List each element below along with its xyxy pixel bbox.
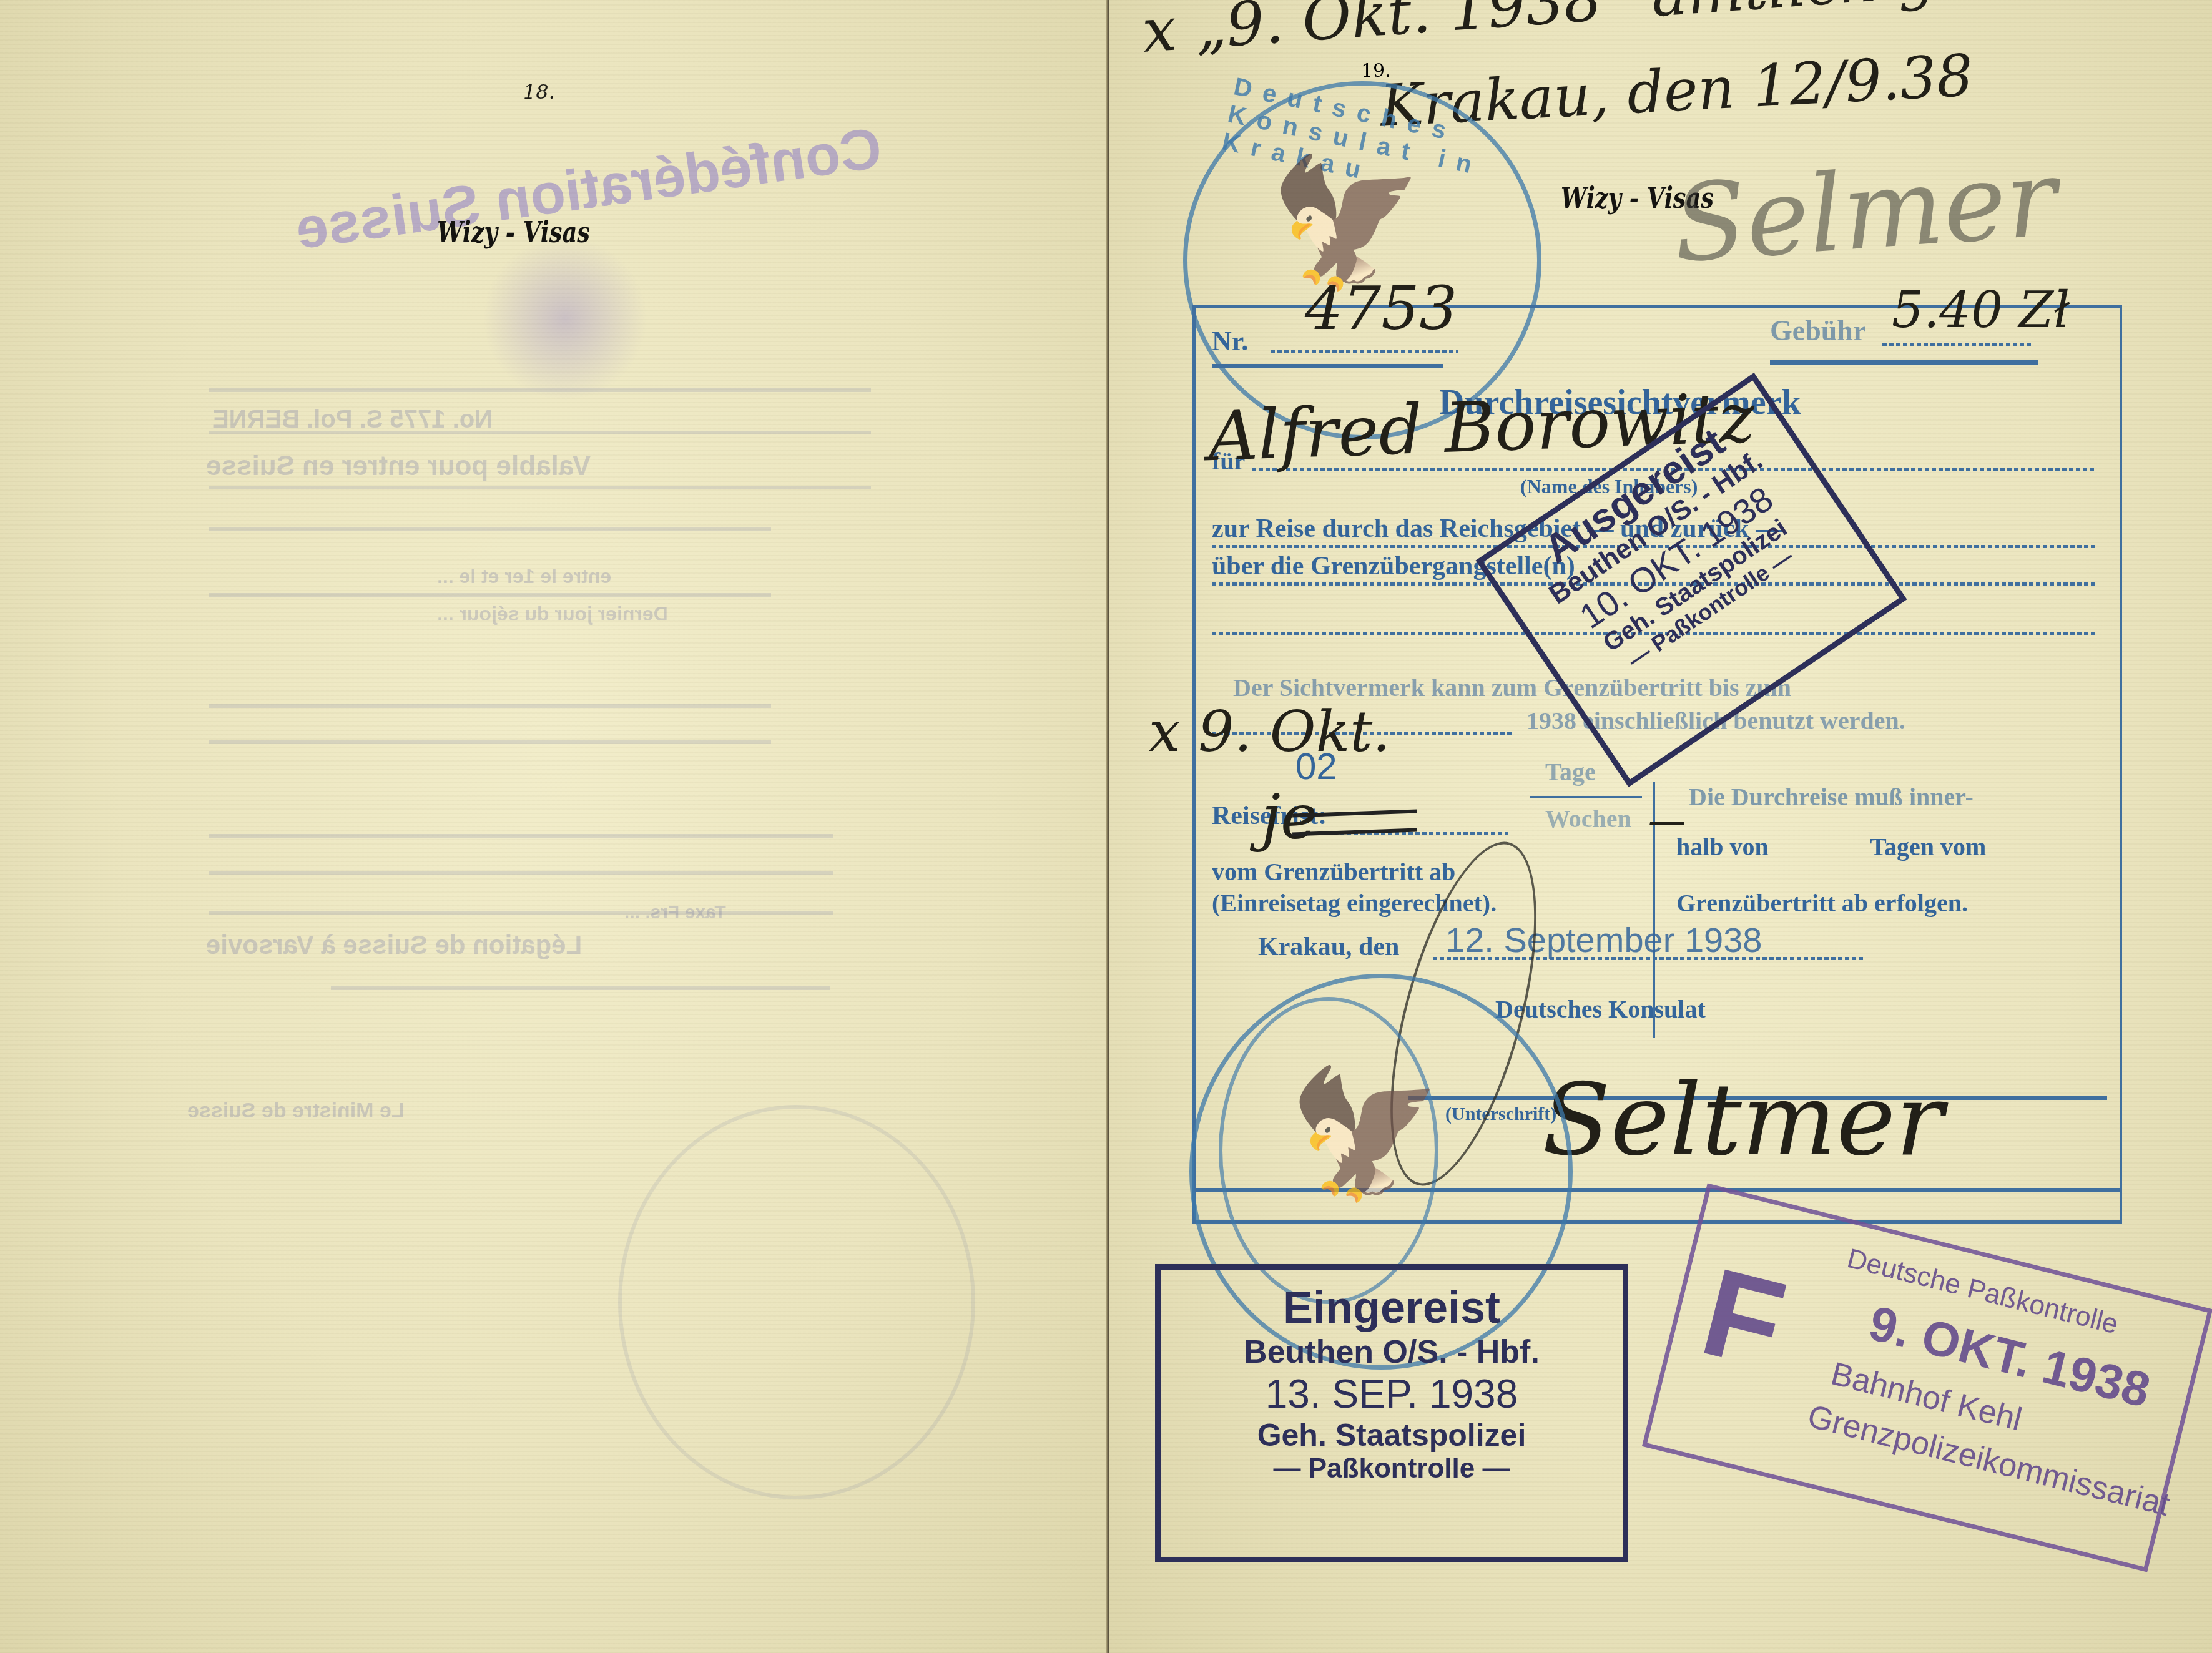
offset-line: Valable pour entrer en Suisse [206, 451, 591, 482]
visa-number: 4753 [1305, 273, 1457, 343]
offset-line: No. 1775 S. Pol. BERNE [212, 406, 493, 434]
offset-line: Le Ministre de Suisse [187, 1099, 405, 1123]
offset-cross-emblem [481, 237, 649, 400]
transit-text-4: Grenzübertritt ab erfolgen. [1676, 888, 1968, 918]
wochen-label: Wochen [1545, 804, 1631, 833]
transit-text-1: Die Durchreise muß inner- [1689, 782, 1974, 812]
issued-place: Krakau, den [1258, 932, 1399, 962]
offset-line: entre le 1er et le ... [437, 565, 611, 588]
visa-fee: 5.40 Zł [1892, 281, 2070, 339]
left-page: 18. Confédération Suisse Wizy - Visas No… [0, 0, 1108, 1653]
transit-text-2: halb von [1676, 832, 1769, 861]
passport-spread: 18. Confédération Suisse Wizy - Visas No… [0, 0, 2212, 1653]
eagle-emblem-icon: 🦅 [1269, 160, 1424, 285]
form-nr-label: Nr. [1212, 325, 1248, 357]
transit-text-3: Tagen vom [1870, 832, 1986, 861]
offset-seal [618, 1105, 975, 1499]
page-number: 19. [1361, 60, 1391, 82]
tage-label: Tage [1545, 757, 1596, 787]
reisefrist-text-1: vom Grenzübertritt ab [1212, 857, 1455, 886]
transit-days-handwritten: — [1648, 799, 1686, 843]
stamp-eingereist: Eingereist Beuthen O/S. - Hbf. 13. SEP. … [1155, 1264, 1628, 1562]
offset-line: Taxe Frs. ... [624, 902, 726, 923]
consul-signature: Seltmer [1542, 1061, 1944, 1178]
offset-line: Dernier jour du séjour ... [437, 602, 668, 625]
form-fee-label: Gebühr [1770, 314, 1865, 347]
visa-heading: Wizy - Visas [437, 215, 590, 249]
eagle-emblem-icon: 🦅 [1287, 1072, 1443, 1197]
page-number: 18. [523, 80, 555, 104]
validity-handwritten-date: x 9. Okt. [1149, 699, 1390, 765]
offset-line: Légation de Suisse à Varsovie [206, 930, 582, 960]
